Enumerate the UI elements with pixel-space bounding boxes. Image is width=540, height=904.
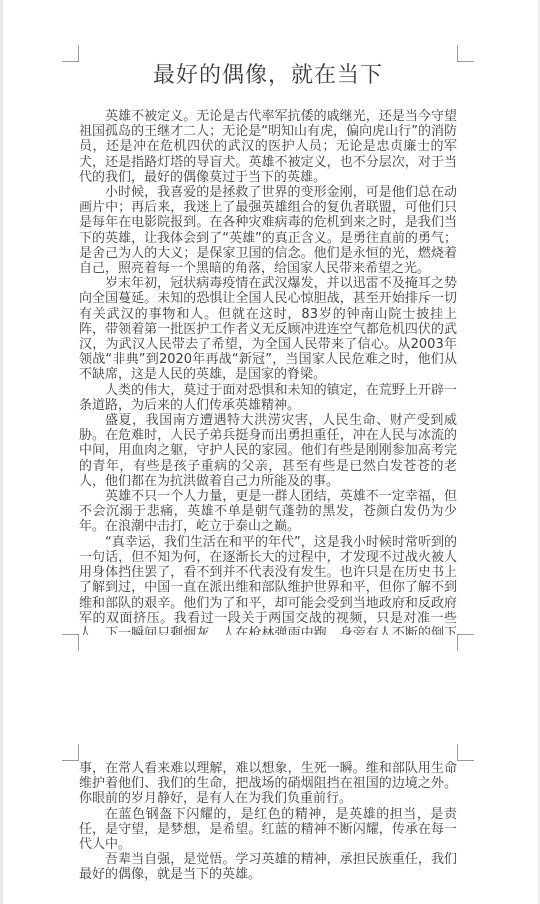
page2-crop-mark-top-right xyxy=(457,744,474,761)
paragraph-3: 岁末年初，冠状病毒疫情在武汉爆发，并以迅雷不及掩耳之势向全国蔓延。未知的恐惧让全… xyxy=(79,276,457,382)
document-title: 最好的偶像，就在当下 xyxy=(79,62,457,90)
page2-crop-mark-top-left xyxy=(62,744,79,761)
paragraph-6: 英雄不只一个人力量，更是一群人团结，英雄不一定幸福，但不会沉溺于悲痛，英雄不单是… xyxy=(79,489,457,535)
paragraph-5: 盛夏，我国南方遭遇特大洪涝灾害，人民生命、财产受到威胁。在危难时，人民子弟兵挺身… xyxy=(79,413,457,489)
paragraph-1: 英雄不被定义。无论是古代率军抗倭的戚继光，还是当今守望祖国孤岛的王继才二人；无论… xyxy=(79,109,457,185)
paragraph-8: 在蓝色钢盔下闪耀的，是红色的精神，是英雄的担当，是责任，是守望，是梦想，是希望。… xyxy=(79,807,457,853)
paragraph-9: 吾辈当自强，是觉悟。学习英雄的精神，承担民族重任，我们最好的偶像，就是当下的英雄… xyxy=(79,852,457,882)
canvas-edge-left xyxy=(0,0,3,904)
page1-crop-mark-bottom-left xyxy=(62,634,79,651)
paragraph-2: 小时候，我喜爱的是拯救了世界的变形金刚，可是他们总在动画片中；再后来，我迷上了最… xyxy=(79,185,457,276)
page1-crop-mark-bottom-right xyxy=(457,634,474,651)
page1-crop-mark-top-left xyxy=(62,45,79,62)
paragraph-4: 人类的伟大，莫过于面对恐惧和未知的镇定，在荒野上开辟一条道路，为后来的人们传承英… xyxy=(79,383,457,413)
paragraph-7-continuation: 事，在常人看来难以理解，难以想象，生死一瞬。维和部队用生命维护着他们、我们的生命… xyxy=(79,761,457,807)
page1-crop-mark-top-right xyxy=(457,45,474,62)
paragraph-7: “真幸运，我们生活在和平的年代”，这是我小时候时常听到的一句话，但不知为何，在逐… xyxy=(79,535,457,635)
page-1-text-area: 最好的偶像，就在当下 英雄不被定义。无论是古代率军抗倭的戚继光，还是当今守望祖国… xyxy=(79,62,457,635)
page-2-text-area: 事，在常人看来难以理解，难以想象，生死一瞬。维和部队用生命维护着他们、我们的生命… xyxy=(79,761,457,904)
document-canvas: 最好的偶像，就在当下 英雄不被定义。无论是古代率军抗倭的戚继光，还是当今守望祖国… xyxy=(0,0,540,904)
